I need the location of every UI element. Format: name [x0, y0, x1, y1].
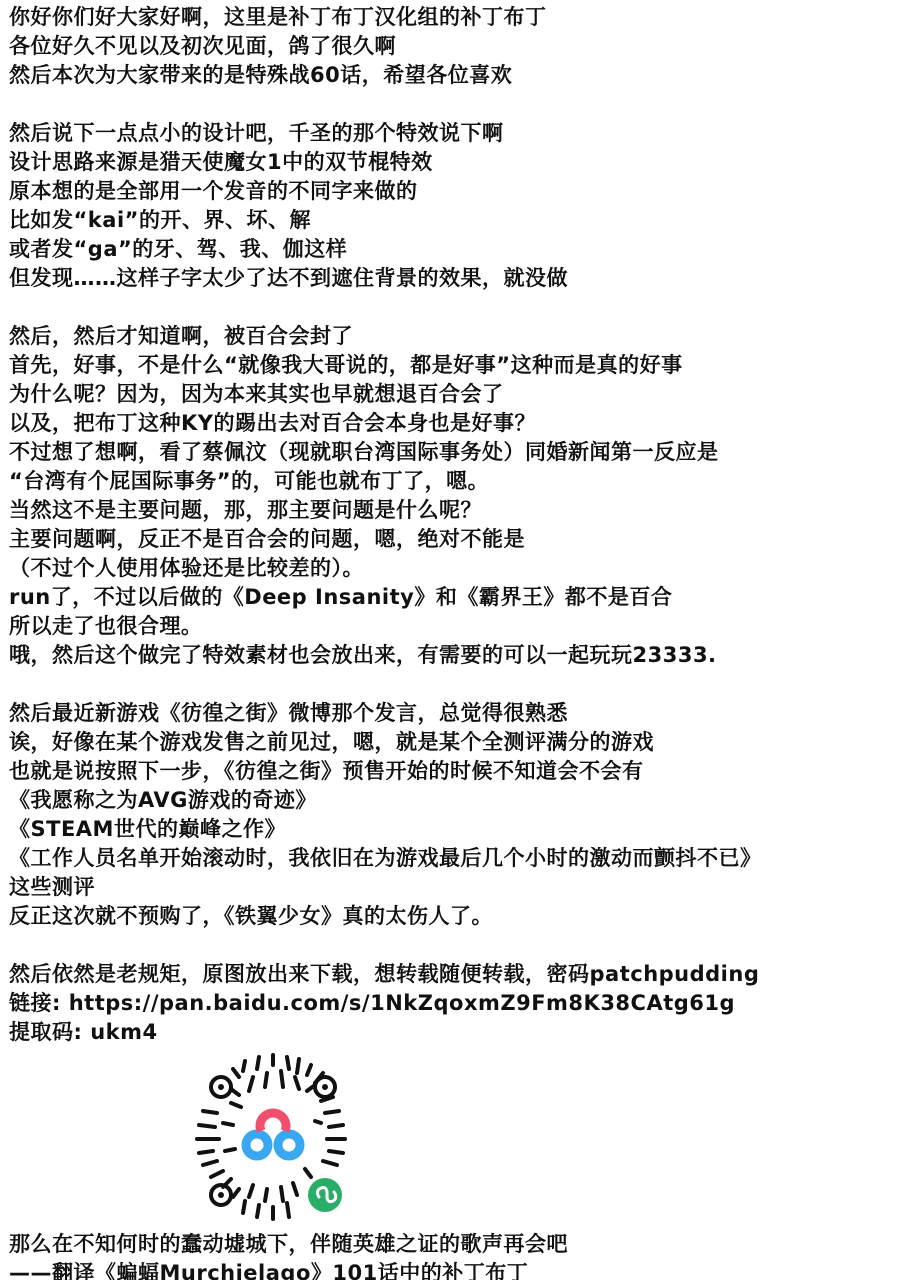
text-line: 《STEAM世代的巅峰之作》 — [9, 815, 894, 844]
farewell-line: 那么在不知何时的蠢动墟城下，伴随英雄之证的歌声再会吧 — [9, 1230, 894, 1259]
text-line: 也就是说按照下一步，《彷徨之街》预售开始的时候不知道会不会有 — [9, 757, 894, 786]
paragraph-banned: 然后，然后才知道啊，被百合会封了 首先，好事，不是什么“就像我大哥说的，都是好事… — [9, 322, 894, 670]
text-line: 你好你们好大家好啊，这里是补丁布丁汉化组的补丁布丁 — [9, 3, 894, 32]
text-line: 以及，把布丁这种KY的踢出去对百合会本身也是好事？ — [9, 409, 894, 438]
download-link[interactable]: https://pan.baidu.com/s/1NkZqoxmZ9Fm8K38… — [69, 991, 735, 1015]
code-label: 提取码: — [9, 1020, 90, 1044]
download-intro: 然后依然是老规矩，原图放出来下载，想转载随便转载，密码patchpudding — [9, 960, 894, 989]
text-line: 比如发“kai”的开、界、坏、解 — [9, 206, 894, 235]
text-line: 原本想的是全部用一个发音的不同字来做的 — [9, 177, 894, 206]
paragraph-greeting: 你好你们好大家好啊，这里是补丁布丁汉化组的补丁布丁 各位好久不见以及初次见面，鸽… — [9, 3, 894, 90]
paragraph-gap — [9, 90, 894, 119]
text-line: 主要问题啊，反正不是百合会的问题，嗯，绝对不能是 — [9, 525, 894, 554]
paragraph-gap — [9, 670, 894, 699]
text-line: 不过想了想啊，看了蔡佩汶（现就职台湾国际事务处）同婚新闻第一反应是 — [9, 438, 894, 467]
text-line: run了，不过以后做的《Deep Insanity》和《霸界王》都不是百合 — [9, 583, 894, 612]
link-label: 链接: — [9, 991, 69, 1015]
download-link-row: 链接: https://pan.baidu.com/s/1NkZqoxmZ9Fm… — [9, 989, 894, 1018]
text-line: 然后说下一点点小的设计吧，千圣的那个特效说下啊 — [9, 119, 894, 148]
baidu-netdisk-logo — [246, 1113, 300, 1156]
paragraph-gap — [9, 931, 894, 960]
paragraph-design: 然后说下一点点小的设计吧，千圣的那个特效说下啊 设计思路来源是猎天使魔女1中的双… — [9, 119, 894, 293]
text-line: 各位好久不见以及初次见面，鸽了很久啊 — [9, 32, 894, 61]
text-line: 反正这次就不预购了，《铁翼少女》真的太伤人了。 — [9, 902, 894, 931]
text-line: 这些测评 — [9, 873, 894, 902]
download-section: 然后依然是老规矩，原图放出来下载，想转载随便转载，密码patchpudding … — [9, 960, 894, 1047]
text-line: “台湾有个屁国际事务”的，可能也就布丁了，嗯。 — [9, 467, 894, 496]
paragraph-game: 然后最近新游戏《彷徨之街》微博那个发言，总觉得很熟悉 诶，好像在某个游戏发售之前… — [9, 699, 894, 931]
qr-code-icon[interactable] — [183, 1047, 363, 1227]
text-line: （不过个人使用体验还是比较差的）。 — [9, 554, 894, 583]
text-line: 《工作人员名单开始滚动时，我依旧在为游戏最后几个小时的激动而颤抖不已》 — [9, 844, 894, 873]
extraction-code-row: 提取码: ukm4 — [9, 1018, 894, 1047]
text-line: 但发现……这样子字太少了达不到遮住背景的效果，就没做 — [9, 264, 894, 293]
text-line: 然后，然后才知道啊，被百合会封了 — [9, 322, 894, 351]
text-line: 为什么呢？因为，因为本来其实也早就想退百合会了 — [9, 380, 894, 409]
text-line: 然后本次为大家带来的是特殊战60话，希望各位喜欢 — [9, 61, 894, 90]
text-line: 诶，好像在某个游戏发售之前见过，嗯，就是某个全测评满分的游戏 — [9, 728, 894, 757]
text-line: 然后最近新游戏《彷徨之街》微博那个发言，总觉得很熟悉 — [9, 699, 894, 728]
paragraph-gap — [9, 293, 894, 322]
text-line: 当然这不是主要问题，那，那主要问题是什么呢？ — [9, 496, 894, 525]
signature-block: 那么在不知何时的蠢动墟城下，伴随英雄之证的歌声再会吧 ——翻译《蝙蝠Murchi… — [9, 1230, 894, 1280]
notes-page: 你好你们好大家好啊，这里是补丁布丁汉化组的补丁布丁 各位好久不见以及初次见面，鸽… — [9, 3, 894, 1280]
extraction-code: ukm4 — [90, 1020, 157, 1044]
text-line: 哦，然后这个做完了特效素材也会放出来，有需要的可以一起玩玩23333. — [9, 641, 894, 670]
text-line: 或者发“ga”的牙、驾、我、伽这样 — [9, 235, 894, 264]
text-line: 首先，好事，不是什么“就像我大哥说的，都是好事”这种而是真的好事 — [9, 351, 894, 380]
qr-code-area — [9, 1047, 894, 1222]
text-line: 《我愿称之为AVG游戏的奇迹》 — [9, 786, 894, 815]
text-line: 设计思路来源是猎天使魔女1中的双节棍特效 — [9, 148, 894, 177]
signature-line: ——翻译《蝙蝠Murchielago》101话中的补丁布丁 — [9, 1259, 894, 1280]
text-line: 所以走了也很合理。 — [9, 612, 894, 641]
